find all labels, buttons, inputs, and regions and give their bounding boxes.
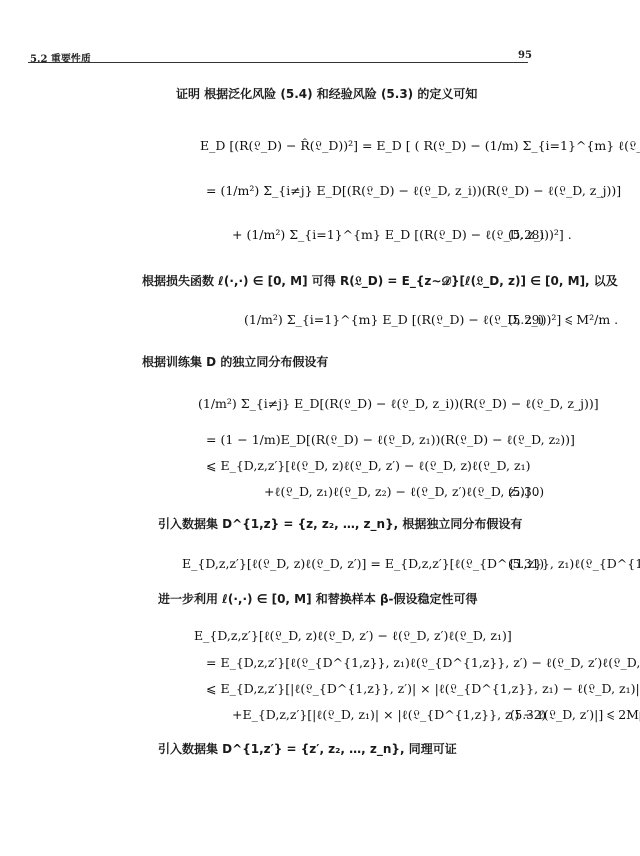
eq530-line3: ⩽ E_{D,z,z′}[ℓ(𝔏_D, z)ℓ(𝔏_D, z′) − ℓ(𝔏_D… [206,458,530,474]
text-iid-assumption: 根据训练集 D 的独立同分布假设有 [142,353,328,370]
eq528-line1: E_D [(R(𝔏_D) − R̂(𝔏_D))²] = E_D [ ( R(𝔏_… [200,138,640,154]
header-rule [28,62,528,63]
eq531-line1: E_{D,z,z′}[ℓ(𝔏_D, z)ℓ(𝔏_D, z′)] = E_{D,z… [182,556,640,572]
eq532-number: (5.32) [510,708,546,722]
eq532-line2: = E_{D,z,z′}[ℓ(𝔏_{D^{1,z}}, z₁)ℓ(𝔏_{D^{1… [206,655,640,671]
eq531-number: (5.31) [508,557,544,571]
eq530-line2: = (1 − 1/m)E_D[(R(𝔏_D) − ℓ(𝔏_D, z₁))(R(𝔏… [206,432,575,448]
proof-intro: 证明 根据泛化风险 (5.4) 和经验风险 (5.3) 的定义可知 [176,85,477,102]
text-stability: 进一步利用 ℓ(·,·) ∈ [0, M] 和替换样本 β-假设稳定性可得 [158,590,478,607]
eq532-line4: +E_{D,z,z′}[|ℓ(𝔏_D, z₁)| × |ℓ(𝔏_{D^{1,z}… [232,707,640,723]
text-dataset-z: 引入数据集 D^{1,z} = {z, z₂, …, z_n}, 根据独立同分布… [158,515,522,532]
eq530-line4: +ℓ(𝔏_D, z₁)ℓ(𝔏_D, z₂) − ℓ(𝔏_D, z′)ℓ(𝔏_D,… [264,484,538,500]
text-dataset-zprime: 引入数据集 D^{1,z′} = {z′, z₂, …, z_n}, 同理可证 [158,740,457,757]
eq528-line2: = (1/m²) Σ_{i≠j} E_D[(R(𝔏_D) − ℓ(𝔏_D, z_… [206,183,621,199]
eq532-line3: ⩽ E_{D,z,z′}[|ℓ(𝔏_{D^{1,z}}, z′)| × |ℓ(𝔏… [206,681,640,697]
eq530-line1: (1/m²) Σ_{i≠j} E_D[(R(𝔏_D) − ℓ(𝔏_D, z_i)… [198,396,599,412]
eq528-number: (5.28) [508,228,544,242]
eq529-line1: (1/m²) Σ_{i=1}^{m} E_D [(R(𝔏_D) − ℓ(𝔏_D,… [244,312,618,328]
eq530-number: (5.30) [508,485,544,499]
eq529-number: (5.29) [508,313,544,327]
text-loss-function: 根据损失函数 ℓ(·,·) ∈ [0, M] 可得 R(𝔏_D) = E_{z∼… [142,272,618,289]
eq532-line1: E_{D,z,z′}[ℓ(𝔏_D, z)ℓ(𝔏_D, z′) − ℓ(𝔏_D, … [194,628,512,644]
page-number: 95 [518,50,532,61]
